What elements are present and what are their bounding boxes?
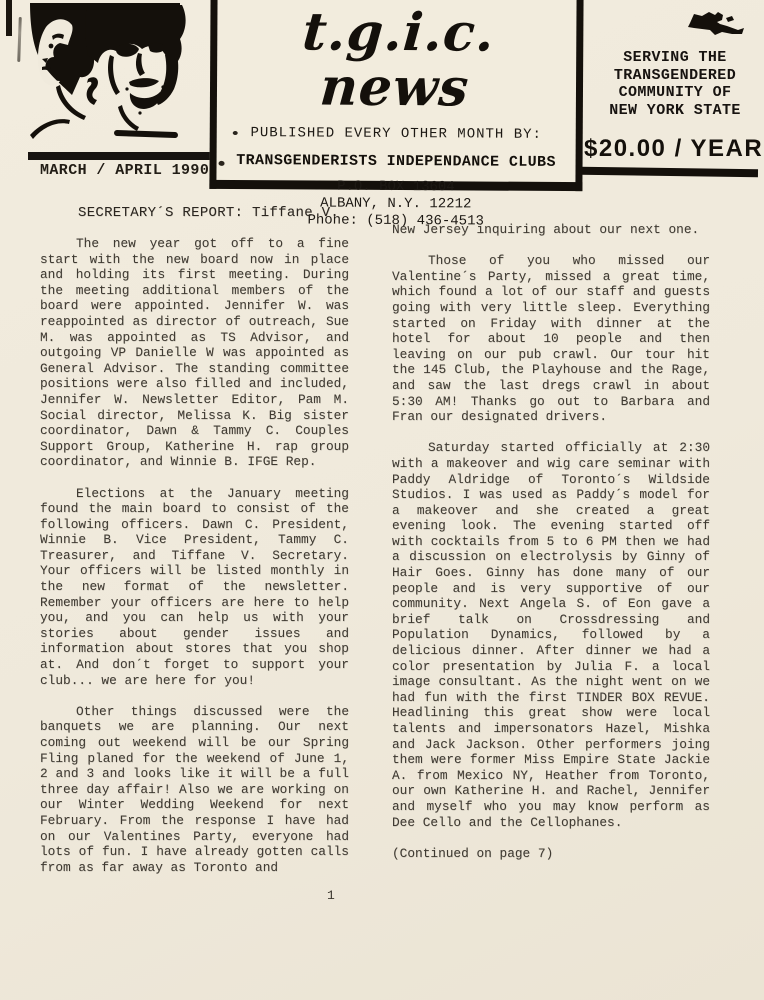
address-po-box: P.O. BOX 13604	[216, 178, 575, 197]
tagline: SERVING THE TRANSGENDERED COMMUNITY OF N…	[590, 49, 760, 119]
staple-mark	[17, 17, 22, 62]
masthead-left-rule	[28, 152, 216, 160]
paragraph: Other things discussed were the banquets…	[40, 704, 349, 876]
paragraph: New Jersey inquiring about our next one.	[392, 222, 710, 238]
paragraph: Saturday started officially at 2:30 with…	[392, 440, 710, 830]
newsletter-title: t.g.i.c. news	[213, 5, 580, 116]
subscription-price: $20.00 / YEAR	[584, 135, 762, 163]
paragraph: Those of you who missed our Valentine´s …	[392, 253, 710, 425]
tagline-line: SERVING THE	[590, 49, 760, 67]
tagline-line: TRANSGENDERED	[590, 67, 760, 85]
tagline-line: COMMUNITY OF	[590, 84, 760, 102]
page-number: 1	[327, 888, 335, 903]
newsletter-page: MARCH / APRIL 1990 t.g.i.c. news PUBLISH…	[0, 0, 764, 1000]
masthead-box: t.g.i.c. news PUBLISHED EVERY OTHER MONT…	[209, 0, 583, 191]
paragraph: The new year got off to a fine start wit…	[40, 236, 349, 470]
two-faces-woodcut-svg	[30, 3, 216, 153]
ink-spot	[233, 131, 238, 135]
new-york-state-svg	[682, 7, 748, 43]
continued-note: (Continued on page 7)	[392, 846, 710, 862]
tagline-line: NEW YORK STATE	[590, 102, 760, 120]
masthead-right-rule	[580, 167, 758, 177]
right-column: New Jersey inquiring about our next one.…	[392, 222, 710, 877]
issue-date: MARCH / APRIL 1990	[40, 162, 209, 179]
ink-spot	[219, 161, 225, 166]
scan-edge-mark	[6, 0, 12, 36]
left-column: SECRETARY´S REPORT: Tiffane V. The new y…	[40, 205, 349, 891]
published-line: PUBLISHED EVERY OTHER MONTH BY:	[217, 125, 576, 143]
logo-two-faces-icon	[30, 3, 216, 153]
organization-name: TRANSGENDERISTS INDEPENDANCE CLUBS	[217, 152, 576, 171]
article-heading: SECRETARY´S REPORT: Tiffane V.	[78, 205, 349, 221]
new-york-state-icon	[682, 7, 748, 43]
paragraph: Elections at the January meeting found t…	[40, 486, 349, 689]
